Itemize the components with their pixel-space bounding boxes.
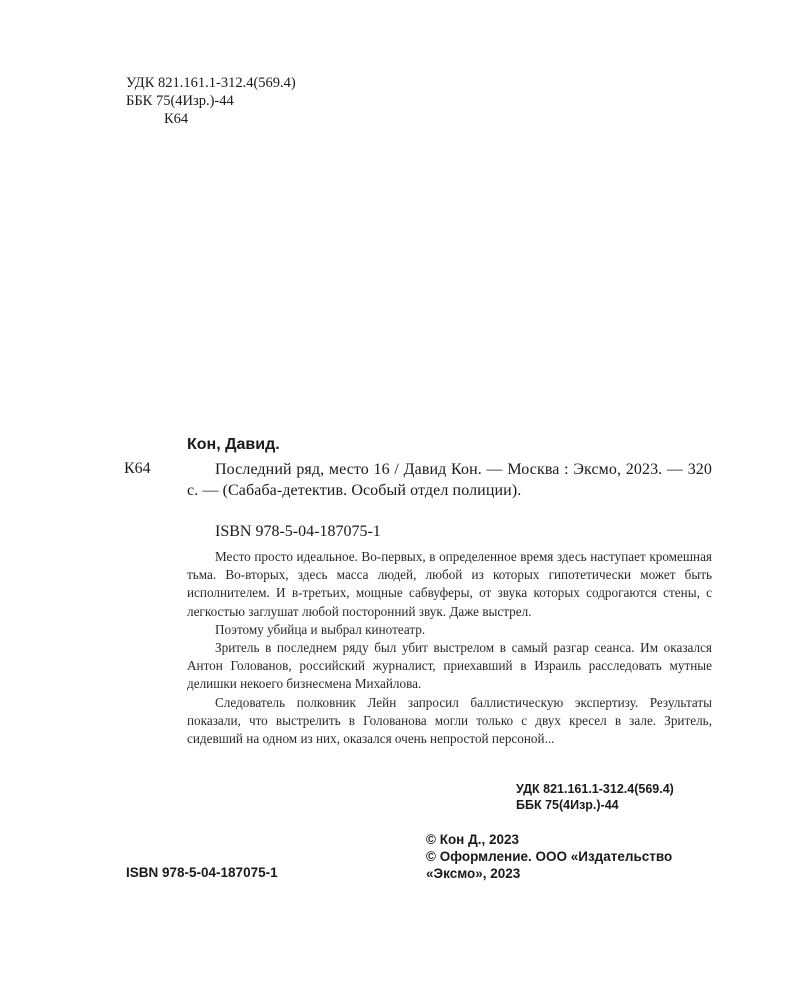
udk-code: УДК 821.161.1-312.4(569.4) <box>126 74 296 92</box>
annotation-paragraph: Зритель в последнем ряду был убит выстре… <box>187 639 712 694</box>
annotation-paragraph: Следователь полковник Лейн запросил балл… <box>187 694 712 749</box>
udk-code: УДК 821.161.1-312.4(569.4) <box>516 781 674 797</box>
classification-codes-right: УДК 821.161.1-312.4(569.4) ББК 75(4Изр.)… <box>516 781 674 813</box>
author-mark: К64 <box>126 110 296 128</box>
copyright-design: © Оформление. ООО «Издательство <box>426 848 672 865</box>
bbk-code: ББК 75(4Изр.)-44 <box>126 92 296 110</box>
annotation-paragraph: Поэтому убийца и выбрал кинотеатр. <box>187 621 712 639</box>
catalog-author-mark: К64 <box>124 460 151 478</box>
copyright-publisher: «Эксмо», 2023 <box>426 865 672 882</box>
catalog-author: Кон, Давид. <box>187 436 280 454</box>
bbk-code: ББК 75(4Изр.)-44 <box>516 797 674 813</box>
copyright-block: © Кон Д., 2023 © Оформление. ООО «Издате… <box>426 831 672 882</box>
copyright-author: © Кон Д., 2023 <box>426 831 672 848</box>
annotation-paragraph: Место просто идеальное. Во-первых, в опр… <box>187 548 712 621</box>
bibliographic-text: Последний ряд, место 16 / Давид Кон. — М… <box>187 460 712 501</box>
bibliographic-description: Последний ряд, место 16 / Давид Кон. — М… <box>187 460 712 501</box>
footer-isbn: ISBN 978-5-04-187075-1 <box>126 865 278 880</box>
catalog-isbn: ISBN 978-5-04-187075-1 <box>215 523 381 541</box>
annotation: Место просто идеальное. Во-первых, в опр… <box>187 548 712 748</box>
header-classification-codes: УДК 821.161.1-312.4(569.4) ББК 75(4Изр.)… <box>126 74 296 128</box>
